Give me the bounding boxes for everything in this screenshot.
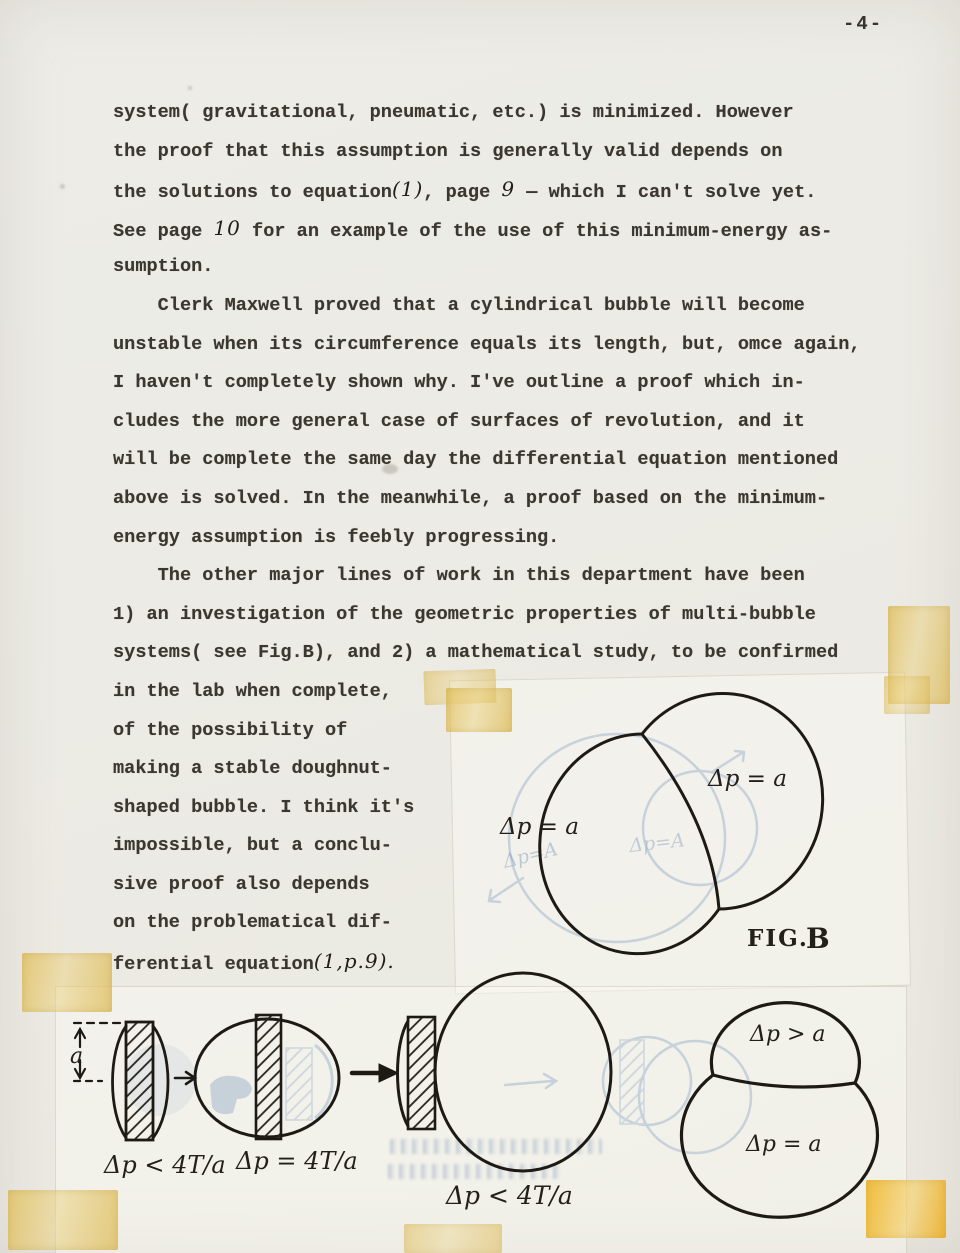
big-arrow <box>352 1064 398 1082</box>
step1-label: Δp < 4T/a <box>103 1151 226 1179</box>
double-bottom-label: Δp = a <box>745 1132 822 1157</box>
figb-right-bubble-label: Δp = a <box>707 766 787 792</box>
step2-label: Δp = 4T/a <box>235 1147 358 1175</box>
figb-ghost-label-2: Δp=A <box>627 829 686 857</box>
tape-bottom-center <box>404 1224 502 1253</box>
hand-drawn-figures: Δp=A Δp=A Δp = a Δp = a FIG. B <box>0 0 960 1253</box>
double-top-label: Δp > a <box>749 1022 826 1047</box>
tape-right-middle-2 <box>884 676 930 714</box>
tape-bottom-left <box>8 1190 118 1250</box>
figb-caption-letter: B <box>806 922 830 955</box>
figb-caption-prefix: FIG. <box>747 925 809 952</box>
document-page: -4- system( gravitational, pneumatic, et… <box>0 0 960 1253</box>
large-bubble-figure <box>398 973 612 1171</box>
tape-left-middle <box>22 953 112 1012</box>
figb-left-bubble-label: Δp = a <box>499 814 579 840</box>
tape-figb-top-2 <box>446 688 512 732</box>
round-bubble-figure <box>195 1015 339 1139</box>
figb-double-bubble <box>540 694 823 954</box>
step3-label: Δp < 4T/a <box>445 1181 573 1210</box>
tape-bottom-right <box>866 1180 946 1238</box>
dimension-label: a <box>70 1044 83 1069</box>
